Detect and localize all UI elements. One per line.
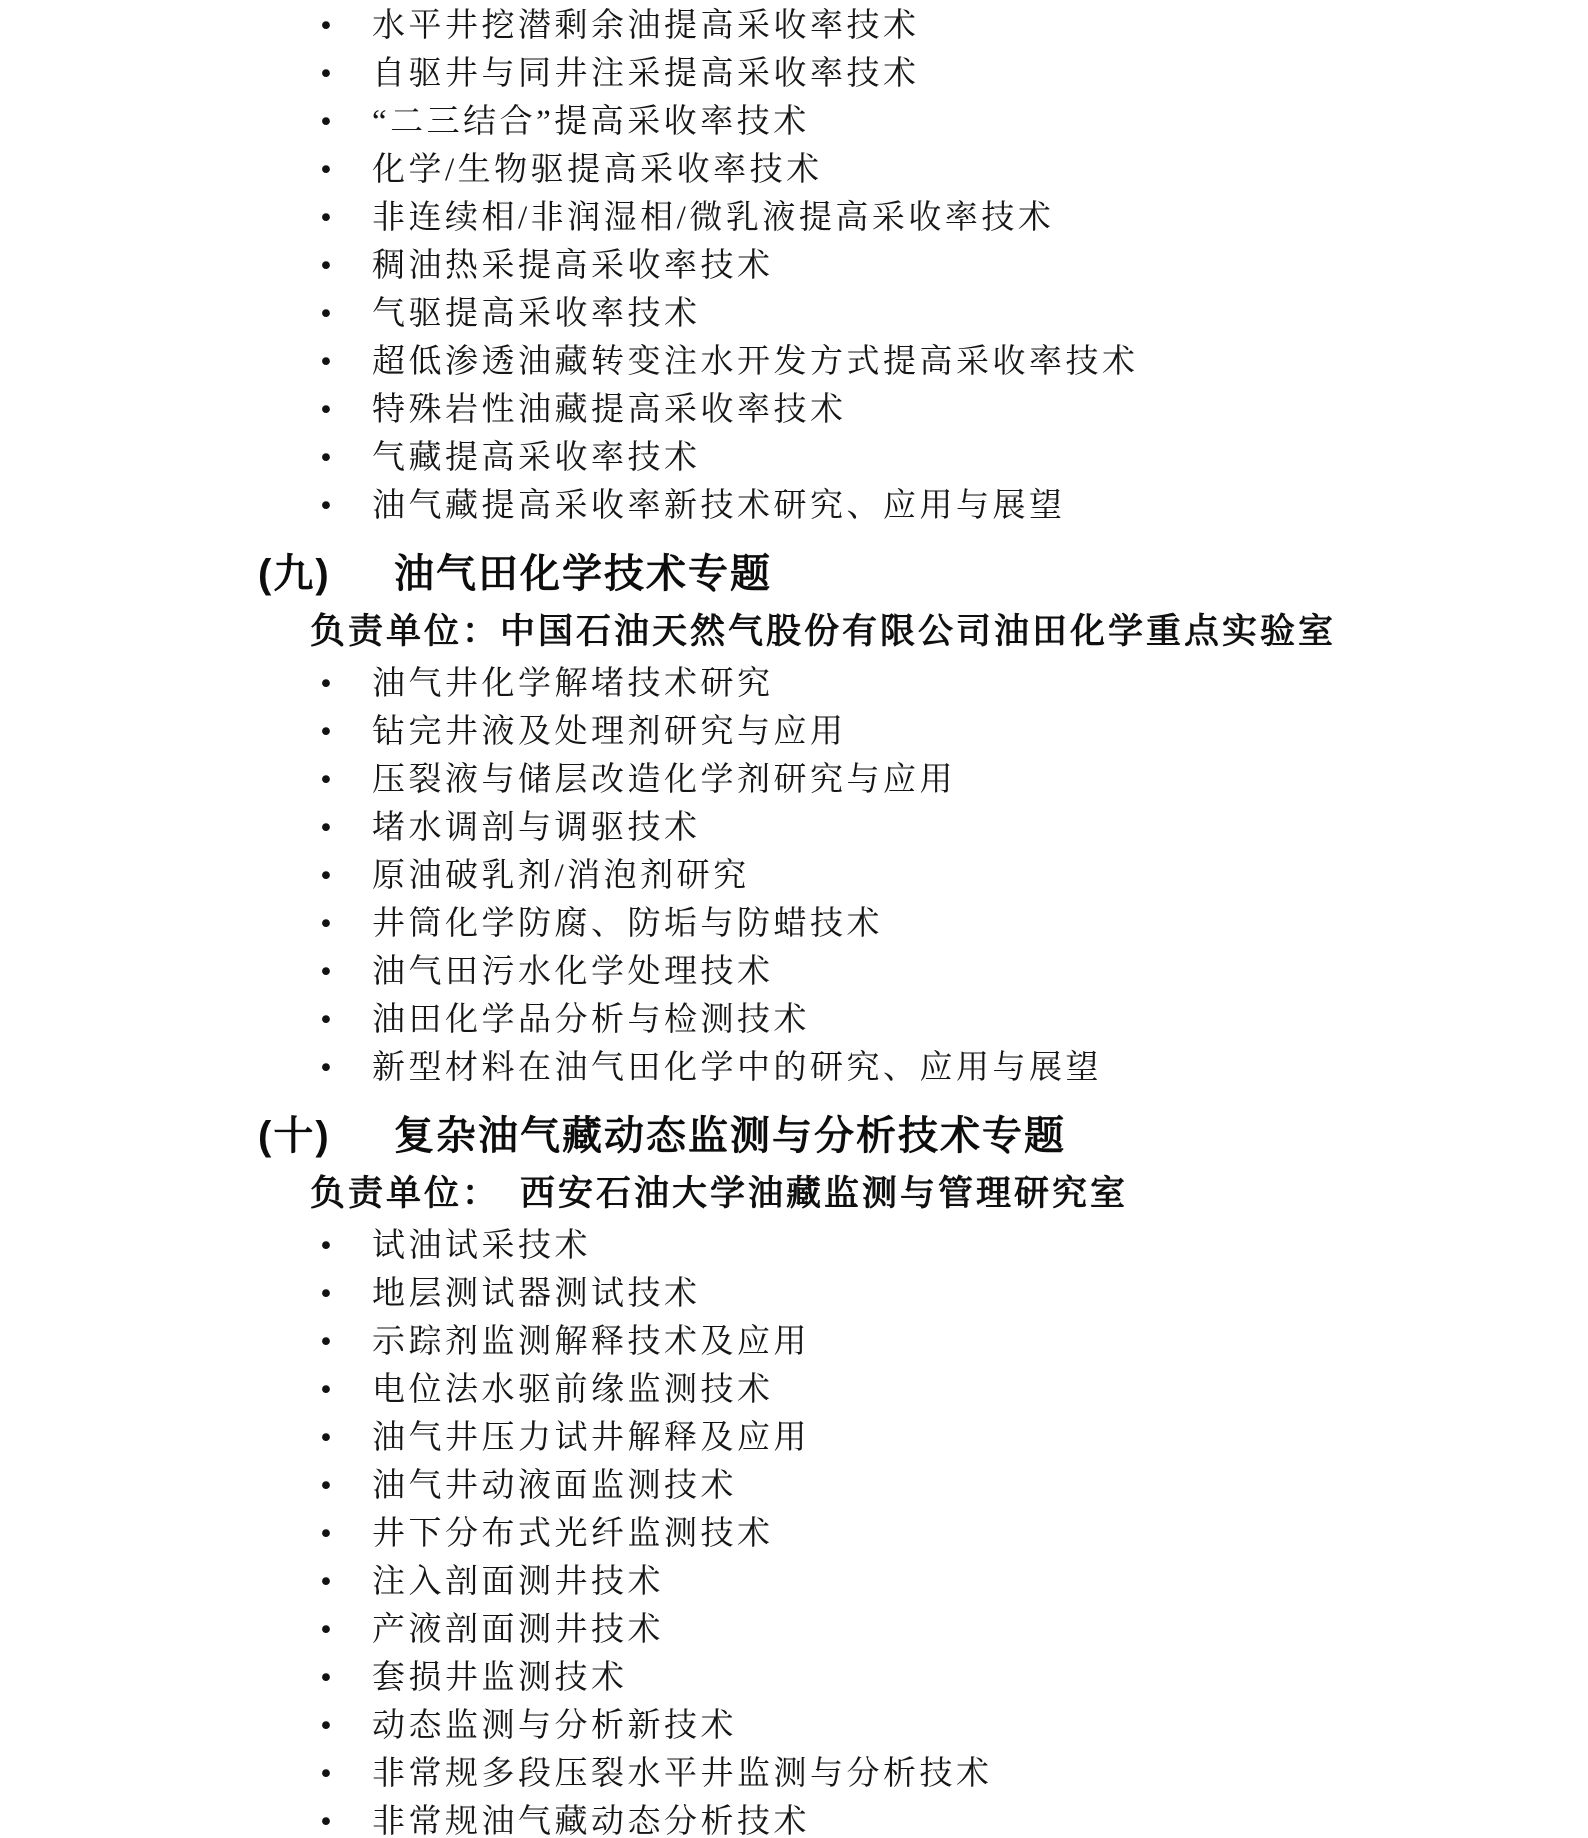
bullet-icon: •: [318, 301, 372, 328]
list-item: •油田化学品分析与检测技术: [0, 996, 1588, 1044]
list-item: •井下分布式光纤监测技术: [0, 1510, 1588, 1558]
list-item: •非连续相/非润湿相/微乳液提高采收率技术: [0, 194, 1588, 242]
list-item: •气藏提高采收率技术: [0, 434, 1588, 482]
list-item-text: 压裂液与储层改造化学剂研究与应用: [372, 764, 956, 797]
bullet-icon: •: [318, 205, 372, 232]
bullet-icon: •: [318, 61, 372, 88]
list-item: •套损井监测技术: [0, 1654, 1588, 1702]
list-item-text: 特殊岩性油藏提高采收率技术: [372, 394, 847, 427]
responsible-unit: 负责单位： 中国石油天然气股份有限公司油田化学重点实验室: [0, 598, 1588, 660]
bullet-icon: •: [318, 959, 372, 986]
document-page: •水平井挖潜剩余油提高采收率技术 •自驱井与同井注采提高采收率技术 •“二三结合…: [0, 0, 1588, 1838]
list-item: •特殊岩性油藏提高采收率技术: [0, 386, 1588, 434]
list-item: •示踪剂监测解释技术及应用: [0, 1318, 1588, 1366]
list-item-text: 井下分布式光纤监测技术: [372, 1518, 774, 1551]
bullet-icon: •: [318, 911, 372, 938]
list-item: •原油破乳剂/消泡剂研究: [0, 852, 1588, 900]
bullet-icon: •: [318, 349, 372, 376]
bullet-icon: •: [318, 1233, 372, 1260]
list-item-text: 套损井监测技术: [372, 1662, 628, 1695]
list-item-text: 井筒化学防腐、防垢与防蜡技术: [372, 908, 883, 941]
section-heading: (十) 复杂油气藏动态监测与分析技术专题: [0, 1104, 1588, 1160]
list-item-text: 气藏提高采收率技术: [372, 442, 701, 475]
list-item: •自驱井与同井注采提高采收率技术: [0, 50, 1588, 98]
list-item-text: 油田化学品分析与检测技术: [372, 1004, 810, 1037]
list-item-text: 试油试采技术: [372, 1230, 591, 1263]
list-item: •油气井动液面监测技术: [0, 1462, 1588, 1510]
list-item: •油气井压力试井解释及应用: [0, 1414, 1588, 1462]
list-item-text: 电位法水驱前缘监测技术: [372, 1374, 774, 1407]
list-item: •水平井挖潜剩余油提高采收率技术: [0, 2, 1588, 50]
bullet-icon: •: [318, 1521, 372, 1548]
bullet-icon: •: [318, 1617, 372, 1644]
bullet-icon: •: [318, 767, 372, 794]
list-item: •油气田污水化学处理技术: [0, 948, 1588, 996]
bullet-icon: •: [318, 1761, 372, 1788]
document-content: •水平井挖潜剩余油提高采收率技术 •自驱井与同井注采提高采收率技术 •“二三结合…: [0, 0, 1588, 1838]
bullet-icon: •: [318, 397, 372, 424]
list-item-text: 示踪剂监测解释技术及应用: [372, 1326, 810, 1359]
list-item-text: 产液剖面测井技术: [372, 1614, 664, 1647]
section-number: (十): [258, 1104, 394, 1161]
list-item-text: 堵水调剖与调驱技术: [372, 812, 701, 845]
list-item: •稠油热采提高采收率技术: [0, 242, 1588, 290]
list-item: •产液剖面测井技术: [0, 1606, 1588, 1654]
responsible-value: 中国石油天然气股份有限公司油田化学重点实验室: [500, 604, 1336, 654]
bullet-icon: •: [318, 1425, 372, 1452]
list-item-text: 超低渗透油藏转变注水开发方式提高采收率技术: [372, 346, 1139, 379]
list-item-text: 注入剖面测井技术: [372, 1566, 664, 1599]
list-item: •钻完井液及处理剂研究与应用: [0, 708, 1588, 756]
list-item: •电位法水驱前缘监测技术: [0, 1366, 1588, 1414]
list-item: •油气井化学解堵技术研究: [0, 660, 1588, 708]
list-item-text: 化学/生物驱提高采收率技术: [372, 154, 823, 187]
list-item-text: 油气藏提高采收率新技术研究、应用与展望: [372, 490, 1066, 523]
bullet-icon: •: [318, 671, 372, 698]
responsible-unit: 负责单位： 西安石油大学油藏监测与管理研究室: [0, 1160, 1588, 1222]
bullet-icon: •: [318, 445, 372, 472]
list-item-text: 自驱井与同井注采提高采收率技术: [372, 58, 920, 91]
bullet-icon: •: [318, 109, 372, 136]
list-item: •地层测试器测试技术: [0, 1270, 1588, 1318]
list-item-text: “二三结合”提高采收率技术: [372, 106, 810, 139]
list-item: •动态监测与分析新技术: [0, 1702, 1588, 1750]
bullet-list-section-8: •水平井挖潜剩余油提高采收率技术 •自驱井与同井注采提高采收率技术 •“二三结合…: [0, 2, 1588, 530]
section-title: 复杂油气藏动态监测与分析技术专题: [394, 1104, 1066, 1161]
list-item-text: 原油破乳剂/消泡剂研究: [372, 860, 750, 893]
list-item-text: 非常规油气藏动态分析技术: [372, 1806, 810, 1838]
bullet-icon: •: [318, 1473, 372, 1500]
bullet-icon: •: [318, 1665, 372, 1692]
bullet-icon: •: [318, 1809, 372, 1836]
bullet-icon: •: [318, 157, 372, 184]
list-item: •非常规多段压裂水平井监测与分析技术: [0, 1750, 1588, 1798]
bullet-icon: •: [318, 13, 372, 40]
list-item-text: 新型材料在油气田化学中的研究、应用与展望: [372, 1052, 1102, 1085]
list-item-text: 非常规多段压裂水平井监测与分析技术: [372, 1758, 993, 1791]
bullet-icon: •: [318, 1055, 372, 1082]
list-item-text: 非连续相/非润湿相/微乳液提高采收率技术: [372, 202, 1054, 235]
bullet-icon: •: [318, 1713, 372, 1740]
list-item: •井筒化学防腐、防垢与防蜡技术: [0, 900, 1588, 948]
list-item: •试油试采技术: [0, 1222, 1588, 1270]
bullet-icon: •: [318, 719, 372, 746]
list-item-text: 钻完井液及处理剂研究与应用: [372, 716, 847, 749]
list-item: •压裂液与储层改造化学剂研究与应用: [0, 756, 1588, 804]
responsible-value: 西安石油大学油藏监测与管理研究室: [520, 1166, 1128, 1216]
section-number: (九): [258, 542, 394, 599]
list-item: •注入剖面测井技术: [0, 1558, 1588, 1606]
list-item: •新型材料在油气田化学中的研究、应用与展望: [0, 1044, 1588, 1092]
list-item-text: 油气田污水化学处理技术: [372, 956, 774, 989]
list-item: •“二三结合”提高采收率技术: [0, 98, 1588, 146]
section-9: (九) 油气田化学技术专题 负责单位： 中国石油天然气股份有限公司油田化学重点实…: [0, 542, 1588, 1092]
list-item-text: 油气井压力试井解释及应用: [372, 1422, 810, 1455]
bullet-icon: •: [318, 1007, 372, 1034]
section-title: 油气田化学技术专题: [394, 542, 772, 599]
list-item: •化学/生物驱提高采收率技术: [0, 146, 1588, 194]
bullet-icon: •: [318, 1329, 372, 1356]
list-item-text: 水平井挖潜剩余油提高采收率技术: [372, 10, 920, 43]
list-item: •堵水调剖与调驱技术: [0, 804, 1588, 852]
bullet-icon: •: [318, 815, 372, 842]
bullet-icon: •: [318, 1377, 372, 1404]
responsible-label: 负责单位：: [310, 604, 500, 654]
list-item-text: 稠油热采提高采收率技术: [372, 250, 774, 283]
section-10: (十) 复杂油气藏动态监测与分析技术专题 负责单位： 西安石油大学油藏监测与管理…: [0, 1104, 1588, 1838]
bullet-icon: •: [318, 253, 372, 280]
section-heading: (九) 油气田化学技术专题: [0, 542, 1588, 598]
list-item: •超低渗透油藏转变注水开发方式提高采收率技术: [0, 338, 1588, 386]
responsible-label: 负责单位：: [310, 1166, 500, 1216]
list-item-text: 气驱提高采收率技术: [372, 298, 701, 331]
list-item-text: 油气井化学解堵技术研究: [372, 668, 774, 701]
bullet-icon: •: [318, 493, 372, 520]
bullet-icon: •: [318, 1281, 372, 1308]
bullet-icon: •: [318, 1569, 372, 1596]
list-item-text: 动态监测与分析新技术: [372, 1710, 737, 1743]
list-item: •气驱提高采收率技术: [0, 290, 1588, 338]
list-item: •非常规油气藏动态分析技术: [0, 1798, 1588, 1838]
bullet-icon: •: [318, 863, 372, 890]
list-item: •油气藏提高采收率新技术研究、应用与展望: [0, 482, 1588, 530]
list-item-text: 地层测试器测试技术: [372, 1278, 701, 1311]
list-item-text: 油气井动液面监测技术: [372, 1470, 737, 1503]
